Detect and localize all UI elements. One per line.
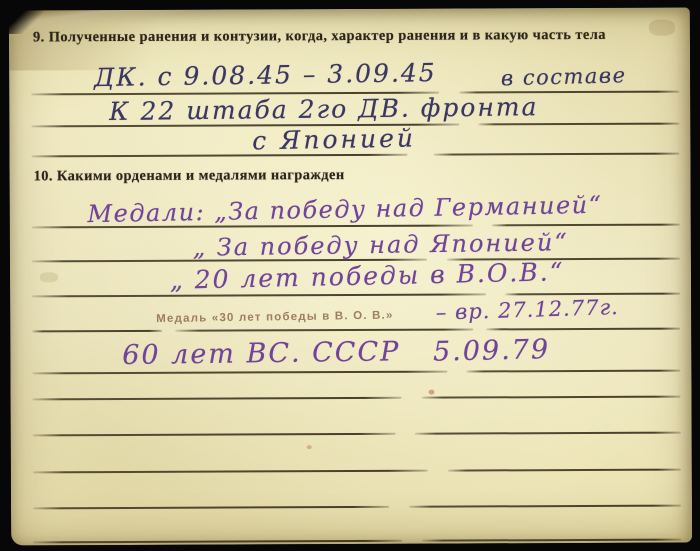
paper-stain	[40, 272, 58, 282]
ruled-line	[33, 539, 681, 544]
wounds-entry-suffix: в составе	[501, 63, 627, 90]
medal-stamp-30years: Медаль «30 лет победы в В. О. В.»	[156, 310, 394, 326]
wounds-entry-dates: ДК. с 9.08.45 – 3.09.45	[94, 58, 437, 92]
medal-stamp-date: – вр. 27.12.77г.	[435, 295, 619, 325]
medal-entry-20years: „ 20 лет победы в В.О.В.“	[169, 257, 564, 295]
section10-number: 10.	[34, 168, 53, 184]
medal-entry-germany: Медали: „За победу над Германией“	[87, 191, 602, 228]
paper-stain	[428, 390, 434, 395]
record-card-scan: 9. Полученные ранения и контузии, когда,…	[9, 8, 692, 546]
medal-entry-60years: 60 лет ВС. СССР	[122, 336, 400, 371]
paper-stain	[649, 20, 675, 36]
section10-heading: 10. Какими орденами и медалями награжден	[34, 167, 345, 185]
scan-corner-shadow	[0, 0, 58, 34]
medal-entry-japan: „ За победу над Японией“	[193, 228, 569, 262]
ruled-line	[33, 432, 681, 437]
ruled-line	[33, 469, 681, 474]
medal-entry-60years-date: 5.09.79	[433, 334, 551, 368]
ruled-line	[32, 328, 680, 333]
ruled-line	[33, 505, 681, 510]
section9-heading-text: Полученные ранения и контузии, когда, ха…	[49, 27, 606, 45]
wounds-entry-japan: с Японией	[252, 123, 416, 155]
wounds-entry-unit: К 22 штаба 2го ДВ. фронта	[109, 92, 539, 126]
section10-heading-text: Какими орденами и медалями награжден	[57, 167, 345, 184]
paper-stain	[307, 445, 312, 449]
section9-heading: 9. Полученные ранения и контузии, когда,…	[33, 27, 606, 46]
ruled-line	[33, 396, 681, 401]
